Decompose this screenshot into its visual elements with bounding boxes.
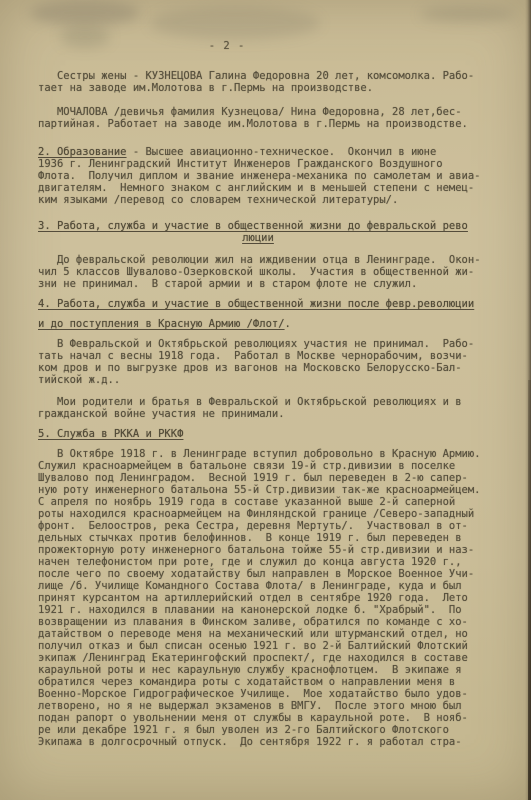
paper-stain [30, 0, 140, 26]
section-education: 2. Образование - Высшее авиационно-техни… [38, 146, 508, 206]
scanned-document-page: - 2 - Сестры жены - КУЗНЕЦОВА Галина Фед… [0, 0, 531, 800]
section-4-heading-line2: и до поступления в Красную Армию /Флот/. [38, 318, 508, 330]
section-4-body1: В Февральской и Октябрьской революциях у… [38, 338, 508, 386]
section-education-heading: 2. Образование [38, 146, 127, 158]
page-edge-shadow [525, 0, 531, 800]
section-3-heading: 3. Работа, служба и участие в общественн… [38, 220, 508, 244]
section-4-body2: Мои родители и братья в Февральской и Ок… [38, 396, 508, 420]
page-number: - 2 - [38, 40, 508, 52]
document-content: - 2 - Сестры жены - КУЗНЕЦОВА Галина Фед… [38, 40, 508, 748]
section-4-heading-line1: 4. Работа, служба и участие в общественн… [38, 298, 508, 310]
paper-stain [420, 6, 515, 22]
section-3-heading-line2: люции [38, 232, 508, 244]
section-4-heading: 4. Работа, служба и участие в общественн… [38, 298, 508, 330]
paper-stain [150, 6, 320, 40]
section-5-heading: 5. Служба в РККА и РККФ [38, 428, 508, 440]
section-5-body: В Октябре 1918 г. в Ленинграде вступил д… [38, 448, 508, 748]
section-3-body: До февральской революции жил на иждивени… [38, 254, 508, 290]
section-education-body: 1936 г. Ленинградский Институт Инженеров… [38, 158, 508, 206]
paragraph-sister: Сестры жены - КУЗНЕЦОВА Галина Федоровна… [38, 70, 508, 94]
section-3-heading-line1: 3. Работа, служба и участие в общественн… [38, 220, 508, 232]
section-education-heading-rest: - Высшее авиационно-техническое. Окончил… [127, 146, 437, 158]
paragraph-mochalova: МОЧАЛОВА /девичья фамилия Кузнецова/ Нин… [38, 106, 508, 130]
